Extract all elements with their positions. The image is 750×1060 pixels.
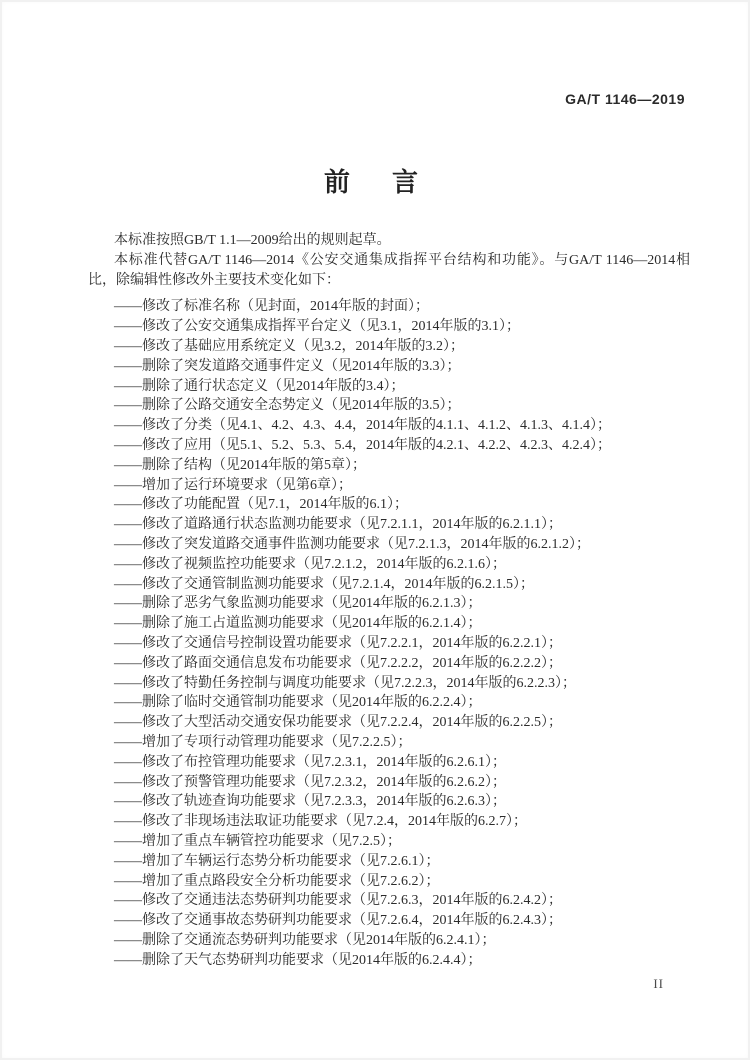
change-list-item: ——增加了重点路段安全分析功能要求（见7.2.6.2）； <box>88 872 690 892</box>
change-list-item: ——修改了轨迹查询功能要求（见7.2.3.3，2014年版的6.2.6.3）； <box>88 792 690 812</box>
standard-number-header: GA/T 1146—2019 <box>565 91 685 107</box>
change-list-item: ——删除了交通流态势研判功能要求（见2014年版的6.2.4.1）； <box>88 931 690 951</box>
document-page: GA/T 1146—2019 前 言 本标准按照GB/T 1.1—2009给出的… <box>0 0 750 1060</box>
change-list-item: ——删除了公路交通安全态势定义（见2014年版的3.5）； <box>88 396 690 416</box>
change-list-item: ——修改了交通违法态势研判功能要求（见7.2.6.3，2014年版的6.2.4.… <box>88 891 690 911</box>
change-list-item: ——修改了道路通行状态监测功能要求（见7.2.1.1，2014年版的6.2.1.… <box>88 515 690 535</box>
change-list-item: ——修改了大型活动交通安保功能要求（见7.2.2.4，2014年版的6.2.2.… <box>88 713 690 733</box>
change-list-item: ——修改了功能配置（见7.1，2014年版的6.1）； <box>88 495 690 515</box>
change-list-item: ——修改了视频监控功能要求（见7.2.1.2，2014年版的6.2.1.6）； <box>88 555 690 575</box>
change-list: ——修改了标准名称（见封面，2014年版的封面）；——修改了公安交通集成指挥平台… <box>88 297 690 970</box>
change-list-item: ——修改了路面交通信息发布功能要求（见7.2.2.2，2014年版的6.2.2.… <box>88 654 690 674</box>
change-list-item: ——修改了特勤任务控制与调度功能要求（见7.2.2.3，2014年版的6.2.2… <box>88 674 690 694</box>
page-number: II <box>653 976 664 992</box>
change-list-item: ——修改了非现场违法取证功能要求（见7.2.4，2014年版的6.2.7）； <box>88 812 690 832</box>
change-list-item: ——修改了标准名称（见封面，2014年版的封面）； <box>88 297 690 317</box>
page-title: 前 言 <box>0 162 750 199</box>
change-list-item: ——删除了天气态势研判功能要求（见2014年版的6.2.4.4）； <box>88 951 690 971</box>
change-list-item: ——修改了应用（见5.1、5.2、5.3、5.4，2014年版的4.2.1、4.… <box>88 436 690 456</box>
change-list-item: ——修改了预警管理功能要求（见7.2.3.2，2014年版的6.2.6.2）； <box>88 773 690 793</box>
change-list-item: ——增加了专项行动管理功能要求（见7.2.2.5）； <box>88 733 690 753</box>
change-list-item: ——删除了恶劣气象监测功能要求（见2014年版的6.2.1.3）； <box>88 594 690 614</box>
foreword-paragraph-2: 本标准代替GA/T 1146—2014《公安交通集成指挥平台结构和功能》。与GA… <box>88 251 690 291</box>
change-list-item: ——删除了突发道路交通事件定义（见2014年版的3.3）； <box>88 357 690 377</box>
change-list-item: ——增加了车辆运行态势分析功能要求（见7.2.6.1）； <box>88 852 690 872</box>
change-list-item: ——修改了基础应用系统定义（见3.2，2014年版的3.2）； <box>88 337 690 357</box>
change-list-item: ——删除了结构（见2014年版的第5章）； <box>88 456 690 476</box>
change-list-item: ——增加了重点车辆管控功能要求（见7.2.5）； <box>88 832 690 852</box>
change-list-item: ——删除了施工占道监测功能要求（见2014年版的6.2.1.4）； <box>88 614 690 634</box>
change-list-item: ——修改了交通事故态势研判功能要求（见7.2.6.4，2014年版的6.2.4.… <box>88 911 690 931</box>
change-list-item: ——修改了公安交通集成指挥平台定义（见3.1，2014年版的3.1）； <box>88 317 690 337</box>
change-list-item: ——删除了临时交通管制功能要求（见2014年版的6.2.2.4）； <box>88 693 690 713</box>
change-list-item: ——修改了交通管制监测功能要求（见7.2.1.4，2014年版的6.2.1.5）… <box>88 575 690 595</box>
change-list-item: ——修改了突发道路交通事件监测功能要求（见7.2.1.3，2014年版的6.2.… <box>88 535 690 555</box>
change-list-item: ——增加了运行环境要求（见第6章）； <box>88 476 690 496</box>
change-list-item: ——修改了交通信号控制设置功能要求（见7.2.2.1，2014年版的6.2.2.… <box>88 634 690 654</box>
change-list-item: ——修改了布控管理功能要求（见7.2.3.1，2014年版的6.2.6.1）； <box>88 753 690 773</box>
foreword-paragraph-1: 本标准按照GB/T 1.1—2009给出的规则起草。 <box>88 231 690 251</box>
change-list-item: ——删除了通行状态定义（见2014年版的3.4）； <box>88 377 690 397</box>
change-list-item: ——修改了分类（见4.1、4.2、4.3、4.4，2014年版的4.1.1、4.… <box>88 416 690 436</box>
foreword-body: 本标准按照GB/T 1.1—2009给出的规则起草。 本标准代替GA/T 114… <box>88 231 690 970</box>
